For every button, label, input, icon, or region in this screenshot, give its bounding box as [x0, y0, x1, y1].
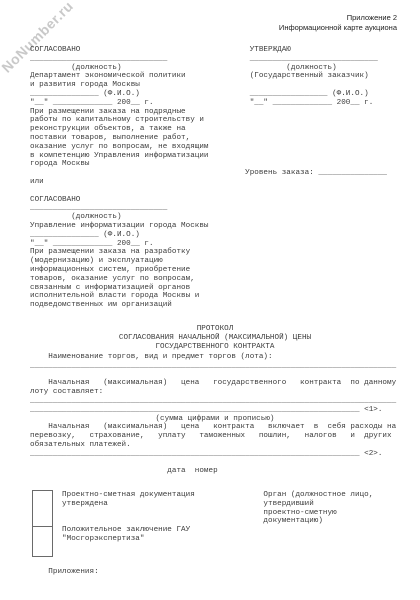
- contract-price-section: Наименование торгов, вид и предмет торго…: [30, 353, 400, 476]
- documentation-checklist-section: Проектно-сметная документация Орган (дол…: [30, 491, 400, 544]
- fio-line-row: _______________ (Ф.И.О.): [30, 231, 400, 240]
- note-row: в компетенцию Управления информатизации: [30, 152, 400, 161]
- note-row: оказание услуг по вопросам, не входящим: [30, 143, 400, 152]
- attachments-label: Приложения:: [30, 568, 400, 577]
- date-line-row: "__" _____________ 200__ г. "__" _______…: [30, 99, 400, 108]
- note-row: (модернизацию) и эксплуатацию: [30, 257, 400, 266]
- signature-line-row: ______________________________: [30, 204, 400, 213]
- date-line-row: "__" _____________ 200__ г.: [30, 240, 400, 249]
- checklist-row: документацию): [30, 517, 400, 526]
- protocol-title: ПРОТОКОЛ: [30, 325, 400, 334]
- agreed2-row: СОГЛАСОВАНО: [30, 196, 400, 205]
- price-includes-row: перевозку, страхование, уплату таможенны…: [30, 432, 400, 441]
- protocol-subtitle2: ГОСУДАРСТВЕННОГО КОНТРАКТА: [30, 343, 400, 352]
- fill-rule-row: ________________________________________…: [30, 362, 400, 371]
- fill-rule-row: ________________________________________…: [30, 397, 400, 406]
- note-row: города Москвы: [30, 160, 400, 169]
- informatization-dept-row: Управление информатизации города Москвы: [30, 222, 400, 231]
- signature-line-row: ______________________________ _________…: [30, 55, 400, 64]
- note-row: реконструкции объектов, а также на: [30, 125, 400, 134]
- expertise-conclusion-checkbox: [32, 526, 53, 557]
- price-text-row: лоту составляет:: [30, 388, 400, 397]
- fio-line-row: _______________ (Ф.И.О.) _______________…: [30, 90, 400, 99]
- checklist-row: проектно-сметную: [30, 509, 400, 518]
- blank-row: [30, 187, 400, 196]
- checklist-row: Положительное заключение ГАУ: [30, 526, 400, 535]
- note-row: При размещении заказа на разработку: [30, 248, 400, 257]
- date-number-caption-row: дата номер: [30, 467, 400, 476]
- order-level-row: Уровень заказа: _______________: [30, 169, 400, 178]
- note-row: товаров, оказание услуг по вопросам,: [30, 275, 400, 284]
- protocol-title-section: ПРОТОКОЛ СОГЛАСОВАНИЯ НАЧАЛЬНОЙ (МАКСИМА…: [30, 325, 400, 351]
- note-row: информационных систем, приобретение: [30, 266, 400, 275]
- blank-row: [30, 459, 400, 468]
- appendix-header-line2: Информационной карте аукциона: [279, 23, 397, 33]
- design-docs-approved-checkbox: [32, 490, 53, 527]
- checklist-row: Проектно-сметная документация Орган (дол…: [30, 491, 400, 500]
- approval-columns-section: СОГЛАСОВАНО УТВЕРЖДАЮ __________________…: [30, 46, 400, 310]
- appendix-header-line1: Приложение 2: [279, 13, 397, 23]
- position-caption-row: (должность): [30, 213, 400, 222]
- checklist-row: утверждена утвердивший: [30, 500, 400, 509]
- or-row: или: [30, 178, 400, 187]
- attachments-section: Приложения:: [30, 568, 400, 577]
- tender-name-row: Наименование торгов, вид и предмет торго…: [30, 353, 400, 362]
- appendix-header: Приложение 2 Информационной карте аукцио…: [279, 13, 397, 33]
- price-text-row: Начальная (максимальная) цена государств…: [30, 379, 400, 388]
- note-row: исполнительной власти города Москвы и: [30, 292, 400, 301]
- note-row: работы по капитальному строительству и: [30, 116, 400, 125]
- fill-rule-footnote2-row: ________________________________________…: [30, 450, 400, 459]
- note-row: связанным с информатизацией органов: [30, 284, 400, 293]
- agreed-approved-row: СОГЛАСОВАНО УТВЕРЖДАЮ: [30, 46, 400, 55]
- document-page: NoNumber.ru Приложение 2 Информационной …: [0, 0, 420, 600]
- department-row: и развития города Москвы: [30, 81, 400, 90]
- protocol-subtitle: СОГЛАСОВАНИЯ НАЧАЛЬНОЙ (МАКСИМАЛЬНОЙ) ЦЕ…: [30, 334, 400, 343]
- price-includes-row: обязательных платежей.: [30, 441, 400, 450]
- blank-row: [30, 371, 400, 380]
- fill-rule-footnote1-row: ________________________________________…: [30, 406, 400, 415]
- checklist-row: "Мосгорэкспертиза": [30, 535, 400, 544]
- note-row: поставки товаров, выполнение работ,: [30, 134, 400, 143]
- price-includes-row: Начальная (максимальная) цена контракта …: [30, 423, 400, 432]
- department-customer-row: Департамент экономической политики (Госу…: [30, 72, 400, 81]
- note-row: подведомственных им организаций: [30, 301, 400, 310]
